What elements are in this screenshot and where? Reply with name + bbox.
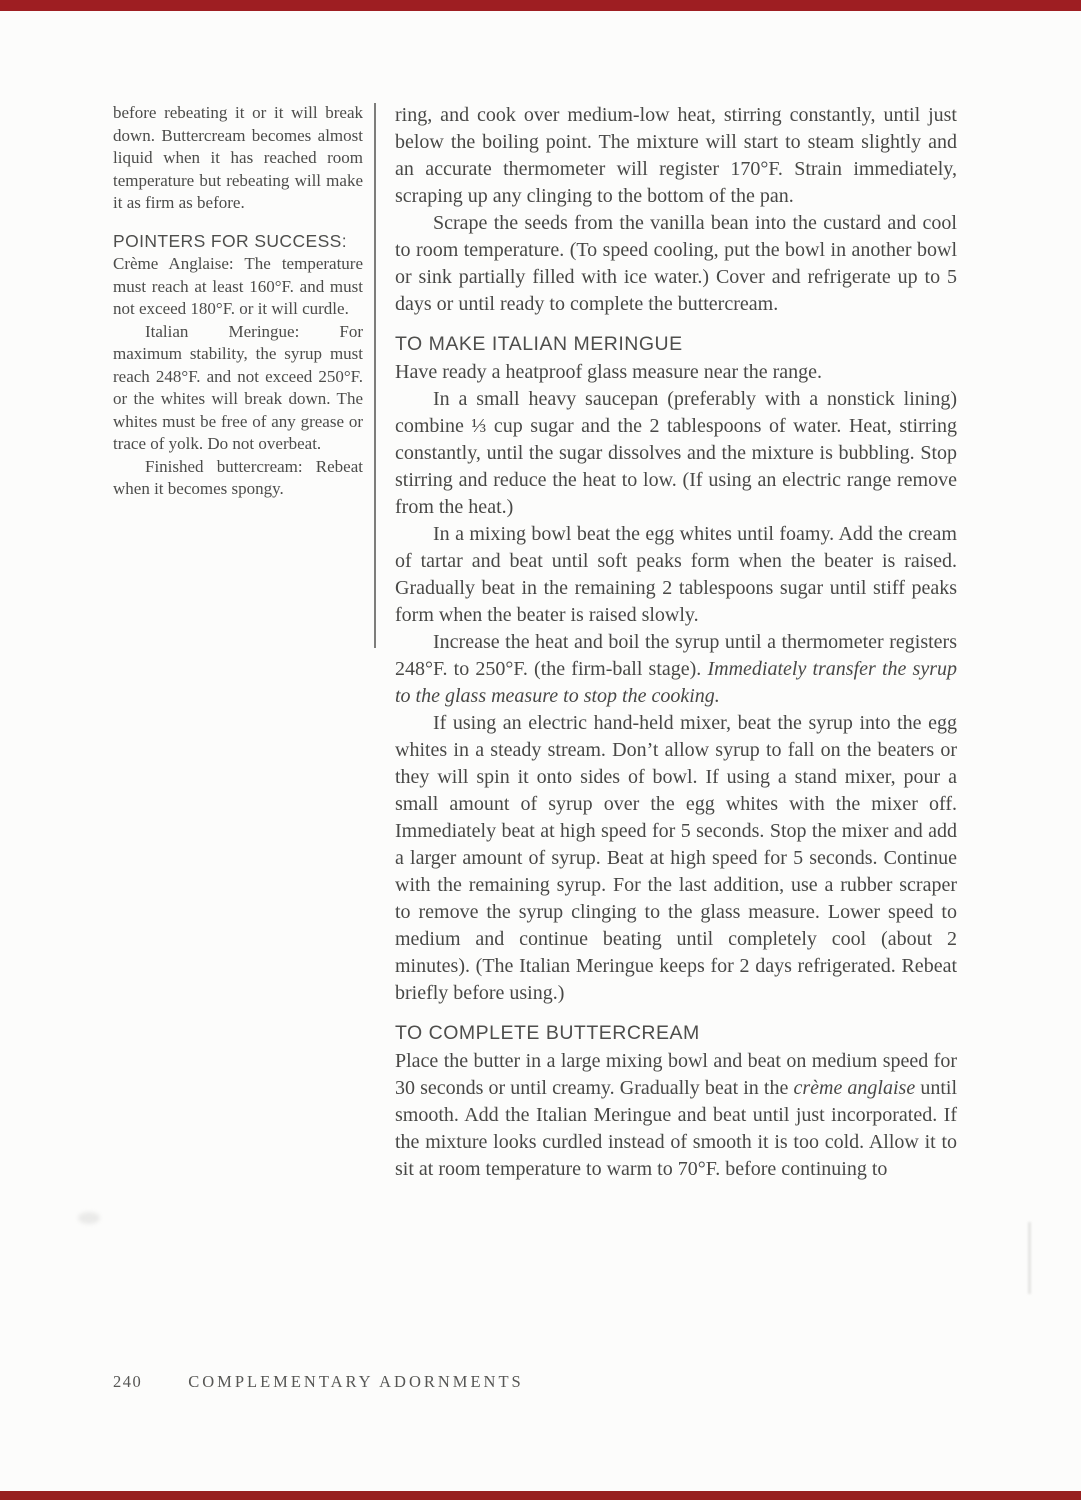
page-number: 240 [113, 1372, 142, 1392]
creme-anglaise-italic: crème anglaise [793, 1077, 915, 1099]
pointer-finished-buttercream: Finished buttercream: Rebeat when it bec… [113, 456, 363, 501]
paragraph-boil-syrup: Increase the heat and boil the syrup unt… [395, 629, 957, 710]
sidebar-column: before rebeating it or it will break dow… [113, 102, 363, 501]
sidebar-intro-paragraph: before rebeating it or it will break dow… [113, 102, 363, 215]
column-divider-rule [374, 103, 376, 648]
book-cover-edge-bottom [0, 1491, 1081, 1500]
paragraph-egg-whites: In a mixing bowl beat the egg whites unt… [395, 521, 957, 629]
pointer-italian-meringue: Italian Meringue: For maximum stability,… [113, 321, 363, 456]
paragraph-custard-cooking: ring, and cook over medium-low heat, sti… [395, 102, 957, 210]
page-footer: 240 COMPLEMENTARY ADORNMENTS [113, 1372, 524, 1392]
pointers-for-success-heading: POINTERS FOR SUCCESS: [113, 230, 363, 253]
book-page: before rebeating it or it will break dow… [0, 0, 1081, 1500]
running-head: COMPLEMENTARY ADORNMENTS [188, 1372, 523, 1392]
book-cover-edge-top [0, 0, 1081, 11]
paragraph-saucepan: In a small heavy saucepan (preferably wi… [395, 386, 957, 521]
paragraph-scrape-seeds: Scrape the seeds from the vanilla bean i… [395, 210, 957, 318]
to-make-italian-meringue-heading: TO MAKE ITALIAN MERINGUE [395, 331, 957, 358]
scan-line-artifact [1028, 1222, 1031, 1294]
paragraph-have-ready: Have ready a heatproof glass measure nea… [395, 359, 957, 386]
to-complete-buttercream-heading: TO COMPLETE BUTTERCREAM [395, 1020, 957, 1047]
paragraph-mixer-instructions: If using an electric hand-held mixer, be… [395, 710, 957, 1007]
scan-smudge-artifact [78, 1212, 100, 1224]
pointer-creme-anglaise: Crème Anglaise: The temperature must rea… [113, 253, 363, 321]
main-text-column: ring, and cook over medium-low heat, sti… [395, 102, 957, 1183]
paragraph-complete-buttercream: Place the butter in a large mixing bowl … [395, 1048, 957, 1183]
